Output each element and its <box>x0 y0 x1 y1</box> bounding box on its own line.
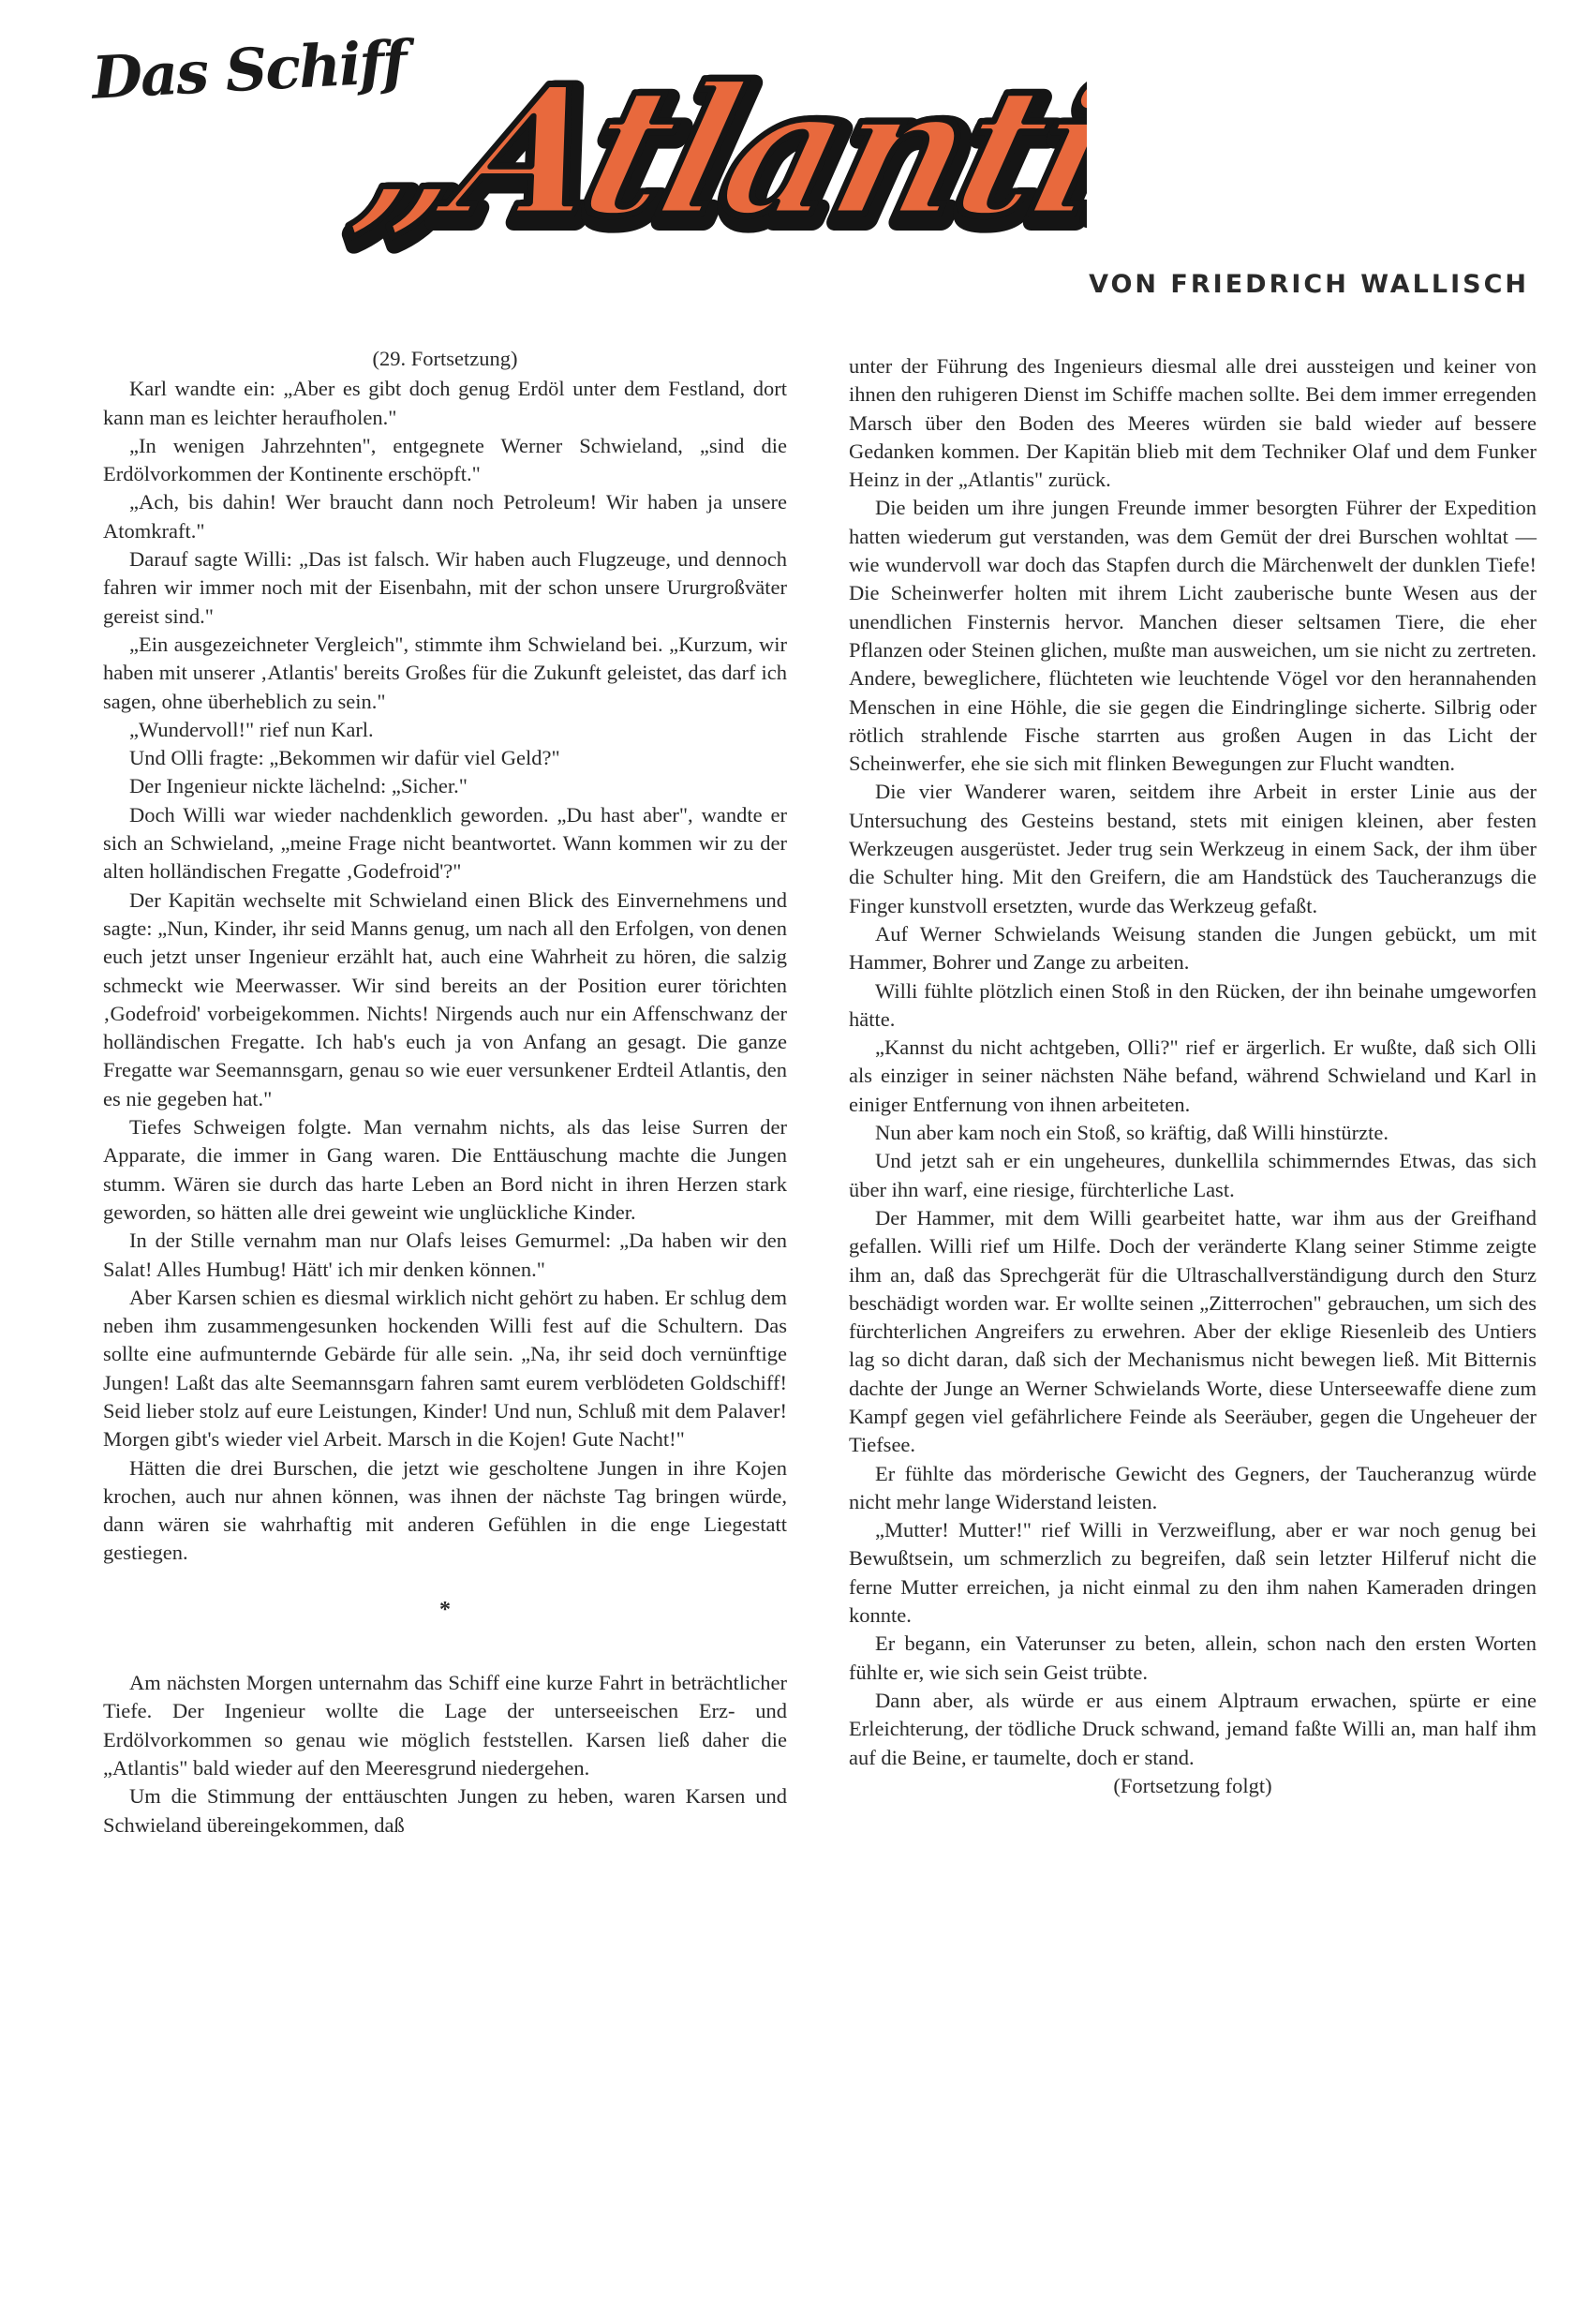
paragraph: Der Kapitän wechselte mit Schwieland ein… <box>103 886 787 1113</box>
paragraph-continuation: unter der Führung des Ingenieurs diesmal… <box>849 352 1537 494</box>
paragraph: Aber Karsen schien es diesmal wirklich n… <box>103 1284 787 1454</box>
paragraph: Die beiden um ihre jungen Freunde immer … <box>849 494 1537 778</box>
paragraph: Doch Willi war wieder nachdenklich gewor… <box>103 801 787 886</box>
paragraph: Willi fühlte plötzlich einen Stoß in den… <box>849 977 1537 1035</box>
title-logo-atlantis: „Atlantis" „Atlantis" <box>319 19 1087 272</box>
paragraph: Auf Werner Schwielands Weisung standen d… <box>849 920 1537 977</box>
right-column: unter der Führung des Ingenieurs diesmal… <box>849 352 1537 1800</box>
paragraph: „Mutter! Mutter!" rief Willi in Verzweif… <box>849 1516 1537 1630</box>
paragraph: Er fühlte das mörderische Gewicht des Ge… <box>849 1460 1537 1517</box>
paragraph: Und jetzt sah er ein ungeheures, dunkell… <box>849 1147 1537 1204</box>
installment-label: (29. Fortsetzung) <box>103 345 787 373</box>
paragraph: Am nächsten Morgen unternahm das Schiff … <box>103 1669 787 1782</box>
paragraph: Dann aber, als würde er aus einem Alptra… <box>849 1687 1537 1772</box>
section-divider-asterisk: * <box>103 1596 787 1624</box>
paragraph: Um die Stimmung der enttäuschten Jungen … <box>103 1782 787 1840</box>
svg-text:„Atlantis": „Atlantis" <box>338 47 1087 257</box>
paragraph: Und Olli fragte: „Bekommen wir dafür vie… <box>103 744 787 772</box>
paragraph: Tiefes Schweigen folgte. Man vernahm nic… <box>103 1113 787 1227</box>
paragraph: „Wundervoll!" rief nun Karl. <box>103 716 787 744</box>
author-byline: VON FRIEDRICH WALLISCH <box>1089 270 1529 299</box>
paragraph: Nun aber kam noch ein Stoß, so kräftig, … <box>849 1119 1537 1147</box>
paragraph: Die vier Wanderer waren, seitdem ihre Ar… <box>849 778 1537 919</box>
paragraph: In der Stille vernahm man nur Olafs leis… <box>103 1227 787 1284</box>
paragraph: „In wenigen Jahrzehnten", entgegnete Wer… <box>103 432 787 489</box>
continuation-note: (Fortsetzung folgt) <box>849 1772 1537 1800</box>
paragraph: Darauf sagte Willi: „Das ist falsch. Wir… <box>103 545 787 631</box>
paragraph: Karl wandte ein: „Aber es gibt doch genu… <box>103 375 787 432</box>
paragraph: „Ein ausgezeichneter Vergleich", stimmte… <box>103 631 787 716</box>
paragraph: Der Ingenieur nickte lächelnd: „Sicher." <box>103 772 787 800</box>
paragraph: Er begann, ein Vaterunser zu beten, alle… <box>849 1630 1537 1687</box>
paragraph: „Kannst du nicht achtgeben, Olli?" rief … <box>849 1034 1537 1119</box>
paragraph: Der Hammer, mit dem Willi gearbeitet hat… <box>849 1204 1537 1460</box>
page-header: Das Schiff „Atlantis" „Atlantis" VON FRI… <box>0 0 1589 319</box>
paragraph: Hätten die drei Burschen, die jetzt wie … <box>103 1454 787 1568</box>
left-column: (29. Fortsetzung) Karl wandte ein: „Aber… <box>103 345 787 1840</box>
paragraph: „Ach, bis dahin! Wer braucht dann noch P… <box>103 488 787 545</box>
